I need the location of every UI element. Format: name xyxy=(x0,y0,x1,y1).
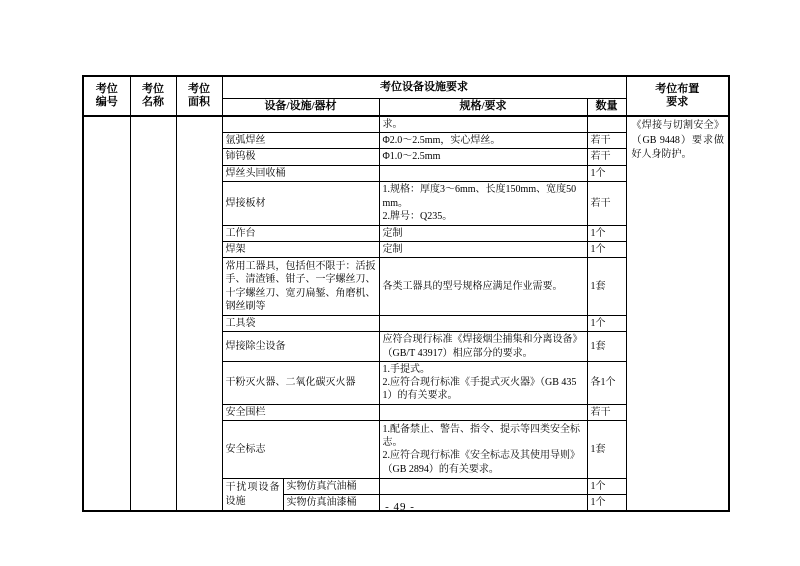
cell-device: 氩弧焊丝 xyxy=(222,133,379,149)
header-device: 设备/设施/器材 xyxy=(222,98,379,116)
cell-qty: 1个 xyxy=(587,225,626,241)
cell-qty: 1个 xyxy=(587,316,626,332)
cell-qty xyxy=(587,116,626,133)
cell-qty: 1个 xyxy=(587,241,626,257)
cell-qty: 若干 xyxy=(587,404,626,420)
cell-spec xyxy=(379,478,587,494)
cell-device: 安全标志 xyxy=(222,420,379,478)
header-spec: 规格/要求 xyxy=(379,98,587,116)
cell-exam-name xyxy=(130,116,176,511)
cell-qty: 若干 xyxy=(587,133,626,149)
cell-device: 实物仿真汽油桶 xyxy=(283,478,379,494)
cell-device: 焊丝头回收桶 xyxy=(222,165,379,181)
cell-device: 干粉灭火器、二氧化碳灭火器 xyxy=(222,361,379,404)
cell-spec: 求。 xyxy=(379,116,587,133)
cell-device: 焊接除尘设备 xyxy=(222,332,379,361)
cell-qty: 若干 xyxy=(587,149,626,165)
cell-spec: 1.规格：厚度3～6mm、长度150mm、宽度50mm。 2.牌号：Q235。 xyxy=(379,181,587,225)
cell-qty: 1套 xyxy=(587,332,626,361)
cell-device: 焊架 xyxy=(222,241,379,257)
cell-qty: 1套 xyxy=(587,258,626,316)
header-equipment-group: 考位设备设施要求 xyxy=(222,76,626,98)
header-exam-area: 考位 面积 xyxy=(176,76,222,116)
cell-spec: 各类工器具的型号规格应满足作业需要。 xyxy=(379,258,587,316)
header-exam-name: 考位 名称 xyxy=(130,76,176,116)
table-row: 求。 《焊接与切割安全》（GB 9448）要求做好人身防护。 xyxy=(83,116,729,133)
header-row-1: 考位 编号 考位 名称 考位 面积 考位设备设施要求 考位布置 要求 xyxy=(83,76,729,98)
header-qty: 数量 xyxy=(587,98,626,116)
cell-qty: 1个 xyxy=(587,165,626,181)
cell-spec xyxy=(379,404,587,420)
cell-spec: 应符合现行标准《焊接烟尘捕集和分离设备》（GB/T 43917）相应部分的要求。 xyxy=(379,332,587,361)
cell-qty: 1个 xyxy=(587,478,626,494)
cell-device: 焊接板材 xyxy=(222,181,379,225)
cell-device xyxy=(222,116,379,133)
cell-spec: 定制 xyxy=(379,241,587,257)
cell-device: 工作台 xyxy=(222,225,379,241)
cell-qty: 各1个 xyxy=(587,361,626,404)
cell-qty: 1套 xyxy=(587,420,626,478)
cell-spec: 1.配备禁止、警告、指令、提示等四类安全标志。 2.应符合现行标准《安全标志及其… xyxy=(379,420,587,478)
header-exam-no: 考位 编号 xyxy=(83,76,130,116)
cell-device: 常用工器具，包括但不限于：活扳手、清渣锤、钳子、一字螺丝刀、十字螺丝刀、宽刃扁錾… xyxy=(222,258,379,316)
cell-spec xyxy=(379,165,587,181)
cell-device: 安全围栏 xyxy=(222,404,379,420)
cell-device: 工具袋 xyxy=(222,316,379,332)
cell-exam-area xyxy=(176,116,222,511)
cell-spec: 1.手提式。 2.应符合现行标准《手提式灭火器》（GB 4351）的有关要求。 xyxy=(379,361,587,404)
cell-qty: 若干 xyxy=(587,181,626,225)
cell-spec: Φ1.0～2.5mm xyxy=(379,149,587,165)
cell-layout-requirement: 《焊接与切割安全》（GB 9448）要求做好人身防护。 xyxy=(626,116,729,511)
exam-station-requirements-table: 考位 编号 考位 名称 考位 面积 考位设备设施要求 考位布置 要求 设备/设施… xyxy=(82,75,730,512)
cell-spec xyxy=(379,316,587,332)
page-number: - 49 - xyxy=(0,501,800,513)
cell-exam-no xyxy=(83,116,130,511)
cell-spec: Φ2.0～2.5mm，实心焊丝。 xyxy=(379,133,587,149)
document-page: 考位 编号 考位 名称 考位 面积 考位设备设施要求 考位布置 要求 设备/设施… xyxy=(0,0,800,566)
cell-spec: 定制 xyxy=(379,225,587,241)
cell-device: 铈钨极 xyxy=(222,149,379,165)
header-layout-requirement: 考位布置 要求 xyxy=(626,76,729,116)
